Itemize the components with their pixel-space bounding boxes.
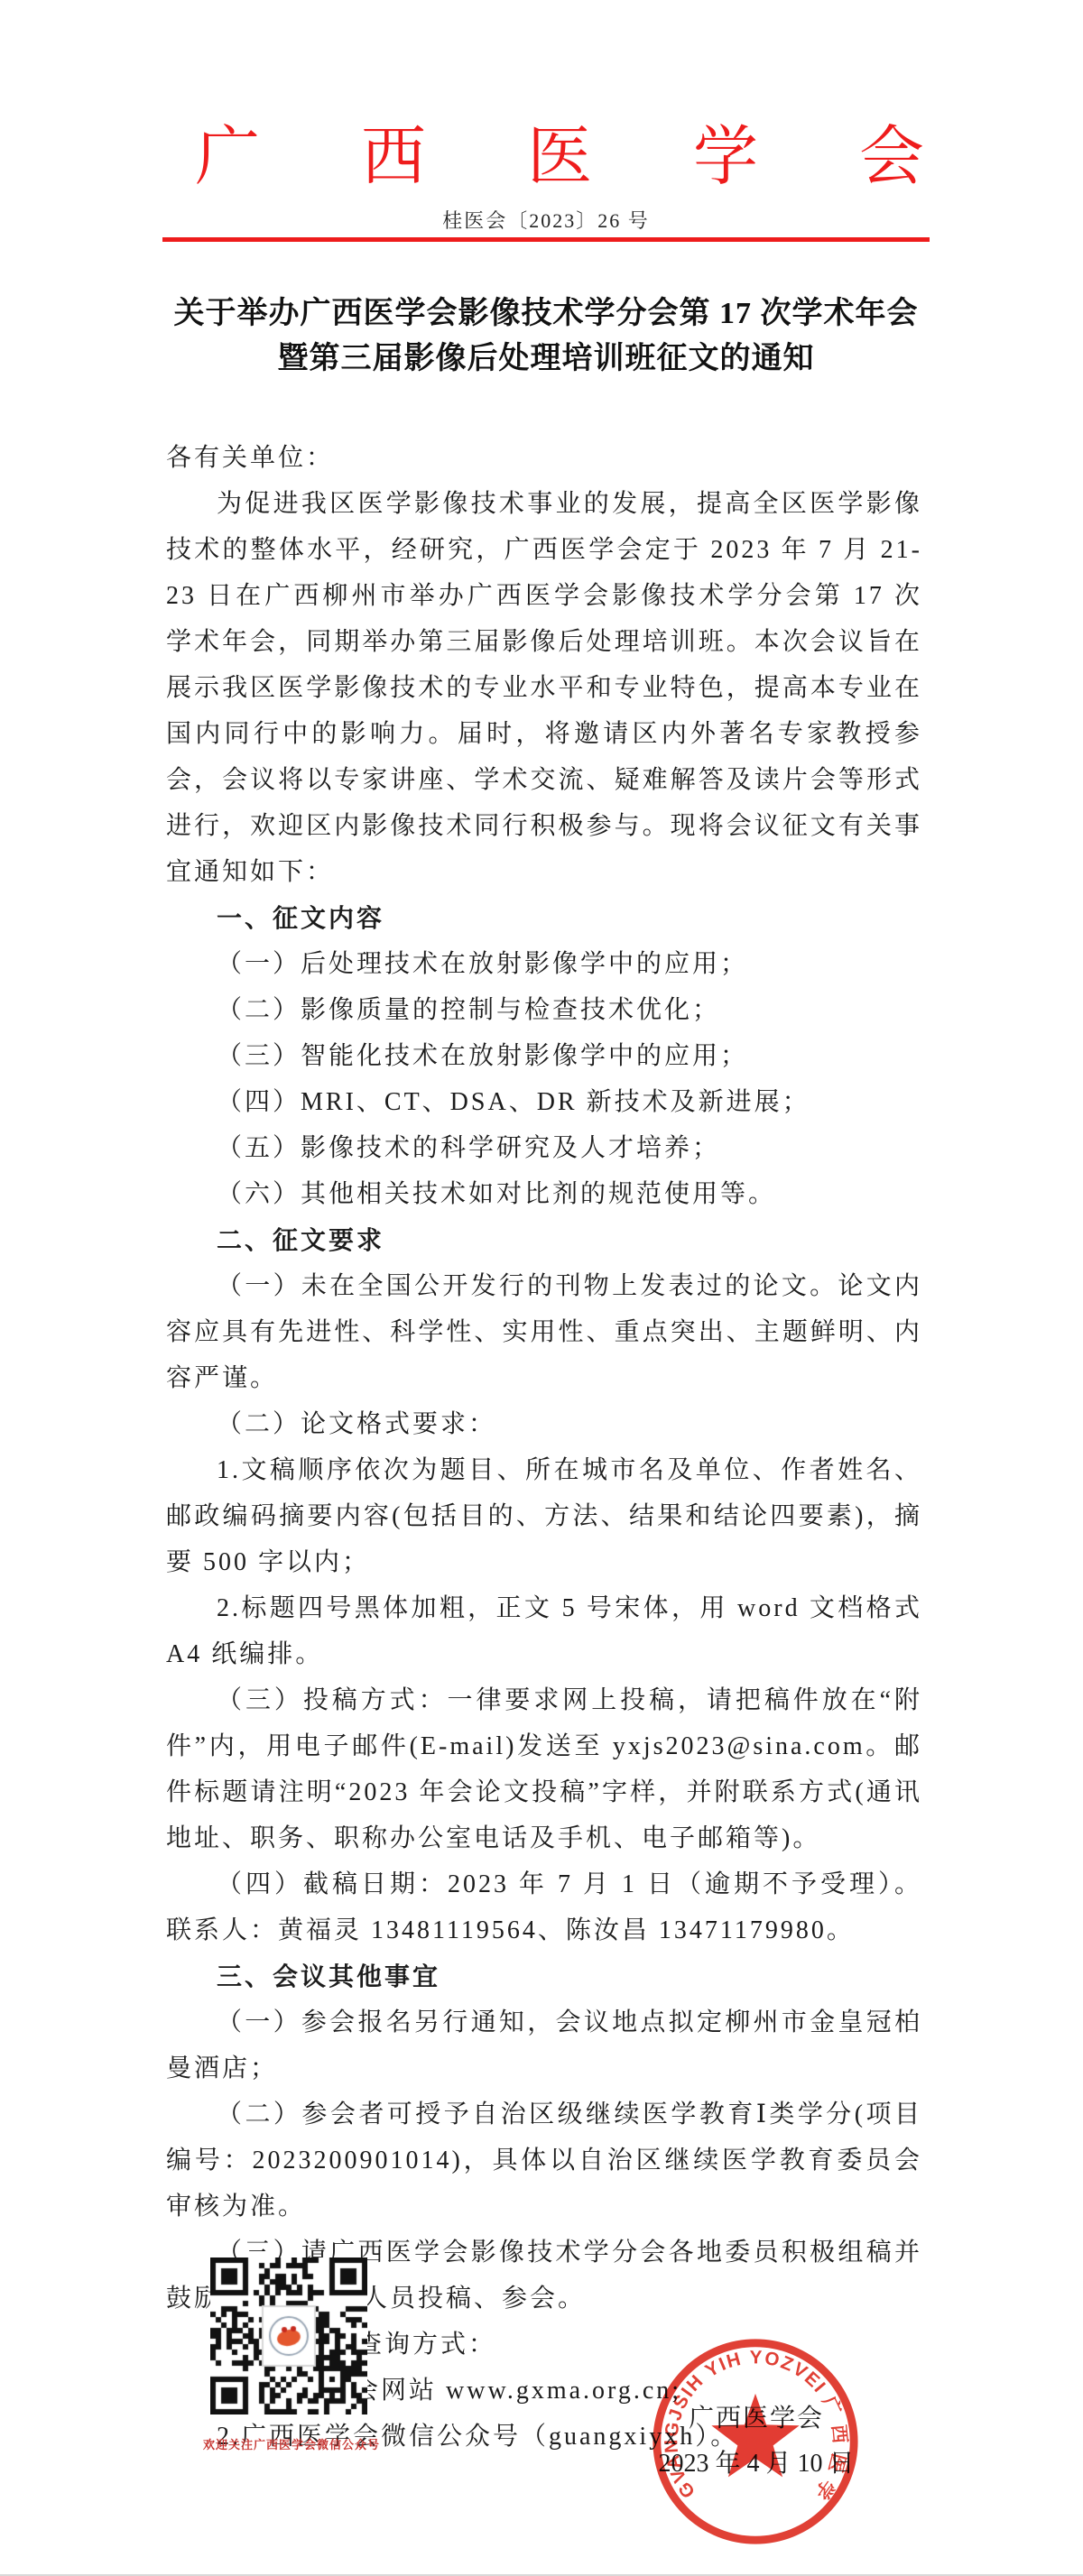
body-paragraph: （二）参会者可授予自治区级继续医学教育Ⅰ类学分(项目编号：20232009010… [166, 2091, 922, 2230]
document-number: 桂医会〔2023〕26 号 [162, 206, 930, 234]
qr-code [210, 2257, 367, 2414]
body-paragraph: 2.标题四号黑体加粗，正文 5 号宋体，用 word 文档格式 A4 纸编排。 [166, 1585, 922, 1677]
notice-body: 各有关单位： 为促进我区医学影像技术事业的发展，提高全区医学影像技术的整体水平，… [166, 435, 922, 2460]
notice-document: 广西医学会 桂医会〔2023〕26 号 关于举办广西医学会影像技术学分会第 17… [0, 0, 1083, 2576]
body-paragraph: 1.文稿顺序依次为题目、所在城市名及单位、作者姓名、邮政编码摘要内容(包括目的、… [166, 1447, 922, 1585]
section-heading-2: 二、征文要求 [166, 1217, 922, 1263]
official-seal: GVANGJSIH YIH YOZVEI 广 西 医 学 会 [649, 2335, 862, 2548]
notice-title-line1: 关于举办广西医学会影像技术学分会第 17 次学术年会 [153, 291, 939, 337]
red-divider-rule [162, 237, 930, 242]
list-item: （三）智能化技术在放射影像学中的应用； [166, 1033, 922, 1079]
list-item: （四）MRI、CT、DSA、DR 新技术及新进展； [166, 1079, 922, 1125]
salutation: 各有关单位： [166, 435, 922, 481]
list-item: （二）影像质量的控制与检查技术优化； [166, 987, 922, 1033]
section-heading-1: 一、征文内容 [166, 895, 922, 941]
qr-caption: 欢迎关注广西医学会微信公众号 [197, 2435, 386, 2452]
body-paragraph: （一）参会报名另行通知，会议地点拟定柳州市金皇冠柏曼酒店； [166, 1999, 922, 2091]
notice-title-line2: 暨第三届影像后处理培训班征文的通知 [153, 337, 939, 382]
body-paragraph: 为促进我区医学影像技术事业的发展，提高全区医学影像技术的整体水平，经研究，广西医… [166, 481, 922, 895]
list-item: （一）后处理技术在放射影像学中的应用； [166, 941, 922, 987]
list-item: （五）影像技术的科学研究及人才培养； [166, 1125, 922, 1171]
body-paragraph: （四）截稿日期：2023 年 7 月 1 日（逾期不予受理）。联系人：黄福灵 1… [166, 1861, 922, 1953]
section-heading-3: 三、会议其他事宜 [166, 1953, 922, 1999]
body-paragraph: （一）未在全国公开发行的刊物上发表过的论文。论文内容应具有先进性、科学性、实用性… [166, 1263, 922, 1401]
list-item: （六）其他相关技术如对比剂的规范使用等。 [166, 1171, 922, 1217]
org-name-header: 广西医学会 [195, 125, 1025, 189]
notice-title: 关于举办广西医学会影像技术学分会第 17 次学术年会 暨第三届影像后处理培训班征… [153, 291, 939, 382]
body-paragraph: （三）投稿方式：一律要求网上投稿，请把稿件放在“附件”内，用电子邮件(E-mai… [166, 1677, 922, 1861]
star-icon [711, 2394, 799, 2478]
body-paragraph: （二）论文格式要求： [166, 1401, 922, 1447]
